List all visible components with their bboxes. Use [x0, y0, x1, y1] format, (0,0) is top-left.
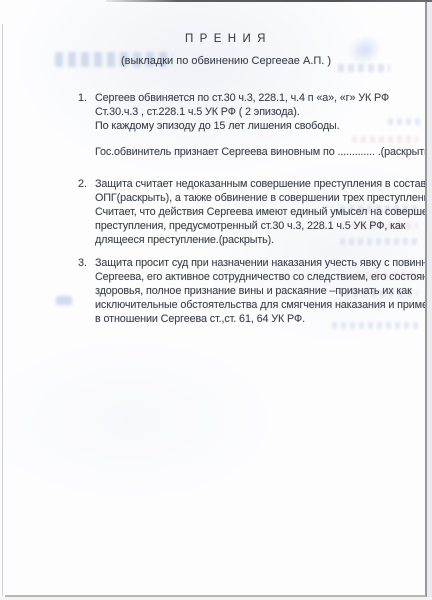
text-line: Защита считает недоказанным совершение п…: [95, 177, 432, 191]
paragraph-3-number: 3.: [78, 256, 95, 270]
text-line: исключительные обстоятельства для смягче…: [95, 298, 432, 312]
paragraph-2-number: 2.: [78, 177, 95, 191]
document-content: П Р Е Н И Я (выкладки по обвинению Серге…: [0, 0, 432, 326]
text-line: Сергеева, его активное сотрудничество со…: [95, 270, 432, 284]
text-line: здоровья, полное признание вины и раская…: [95, 284, 432, 298]
paragraph-1-text: Сергеев обвиняется по ст.30 ч.3, 228.1, …: [95, 91, 432, 159]
text-line: Сергеев обвиняется по ст.30 ч.3, 228.1, …: [95, 91, 432, 105]
numbered-list: 1. Сергеев обвиняется по ст.30 ч.3, 228.…: [0, 91, 432, 326]
text-line: в отношении Сергеева ст.,ст. 61, 64 УК Р…: [95, 312, 432, 326]
scan-edge-top-line: [106, 0, 432, 2]
scan-edge-right-line: [425, 0, 427, 600]
text-line: Защита просит суд при назначении наказан…: [95, 256, 432, 270]
text-line: преступления, предусмотренный ст.30 ч.3,…: [95, 219, 432, 233]
text-line: ОПГ(раскрыть), а также обвинение в совер…: [95, 191, 432, 205]
document-subtitle: (выкладки по обвинению Сергееае А.П. ): [36, 55, 416, 67]
document-title: П Р Е Н И Я: [36, 33, 416, 45]
scan-edge-left-line: [2, 24, 3, 596]
paragraph-3-text: Защита просит суд при назначении наказан…: [95, 256, 432, 326]
paragraph-2-text: Защита считает недоказанным совершение п…: [95, 177, 432, 247]
scanned-page: П Р Е Н И Я (выкладки по обвинению Серге…: [0, 0, 432, 600]
paragraph-1: 1. Сергеев обвиняется по ст.30 ч.3, 228.…: [78, 91, 432, 159]
paragraph-1-number: 1.: [78, 91, 95, 105]
text-line: Ст.30.ч.3 , ст.228.1 ч.5 УК РФ ( 2 эпизо…: [95, 105, 432, 119]
paragraph-2: 2. Защита считает недоказанным совершени…: [78, 177, 432, 247]
text-line: Гос.обвинитель признает Сергеева виновны…: [95, 145, 432, 159]
text-line: Считает, что действия Сергеева имеют еди…: [95, 205, 432, 219]
text-line: длящееся преступление.(раскрыть).: [95, 233, 432, 247]
paragraph-3: 3. Защита просит суд при назначении нака…: [78, 256, 432, 326]
scan-edge-bottom-line: [5, 595, 426, 597]
text-line: По каждому эпизоду до 15 лет лишения сво…: [95, 119, 432, 133]
